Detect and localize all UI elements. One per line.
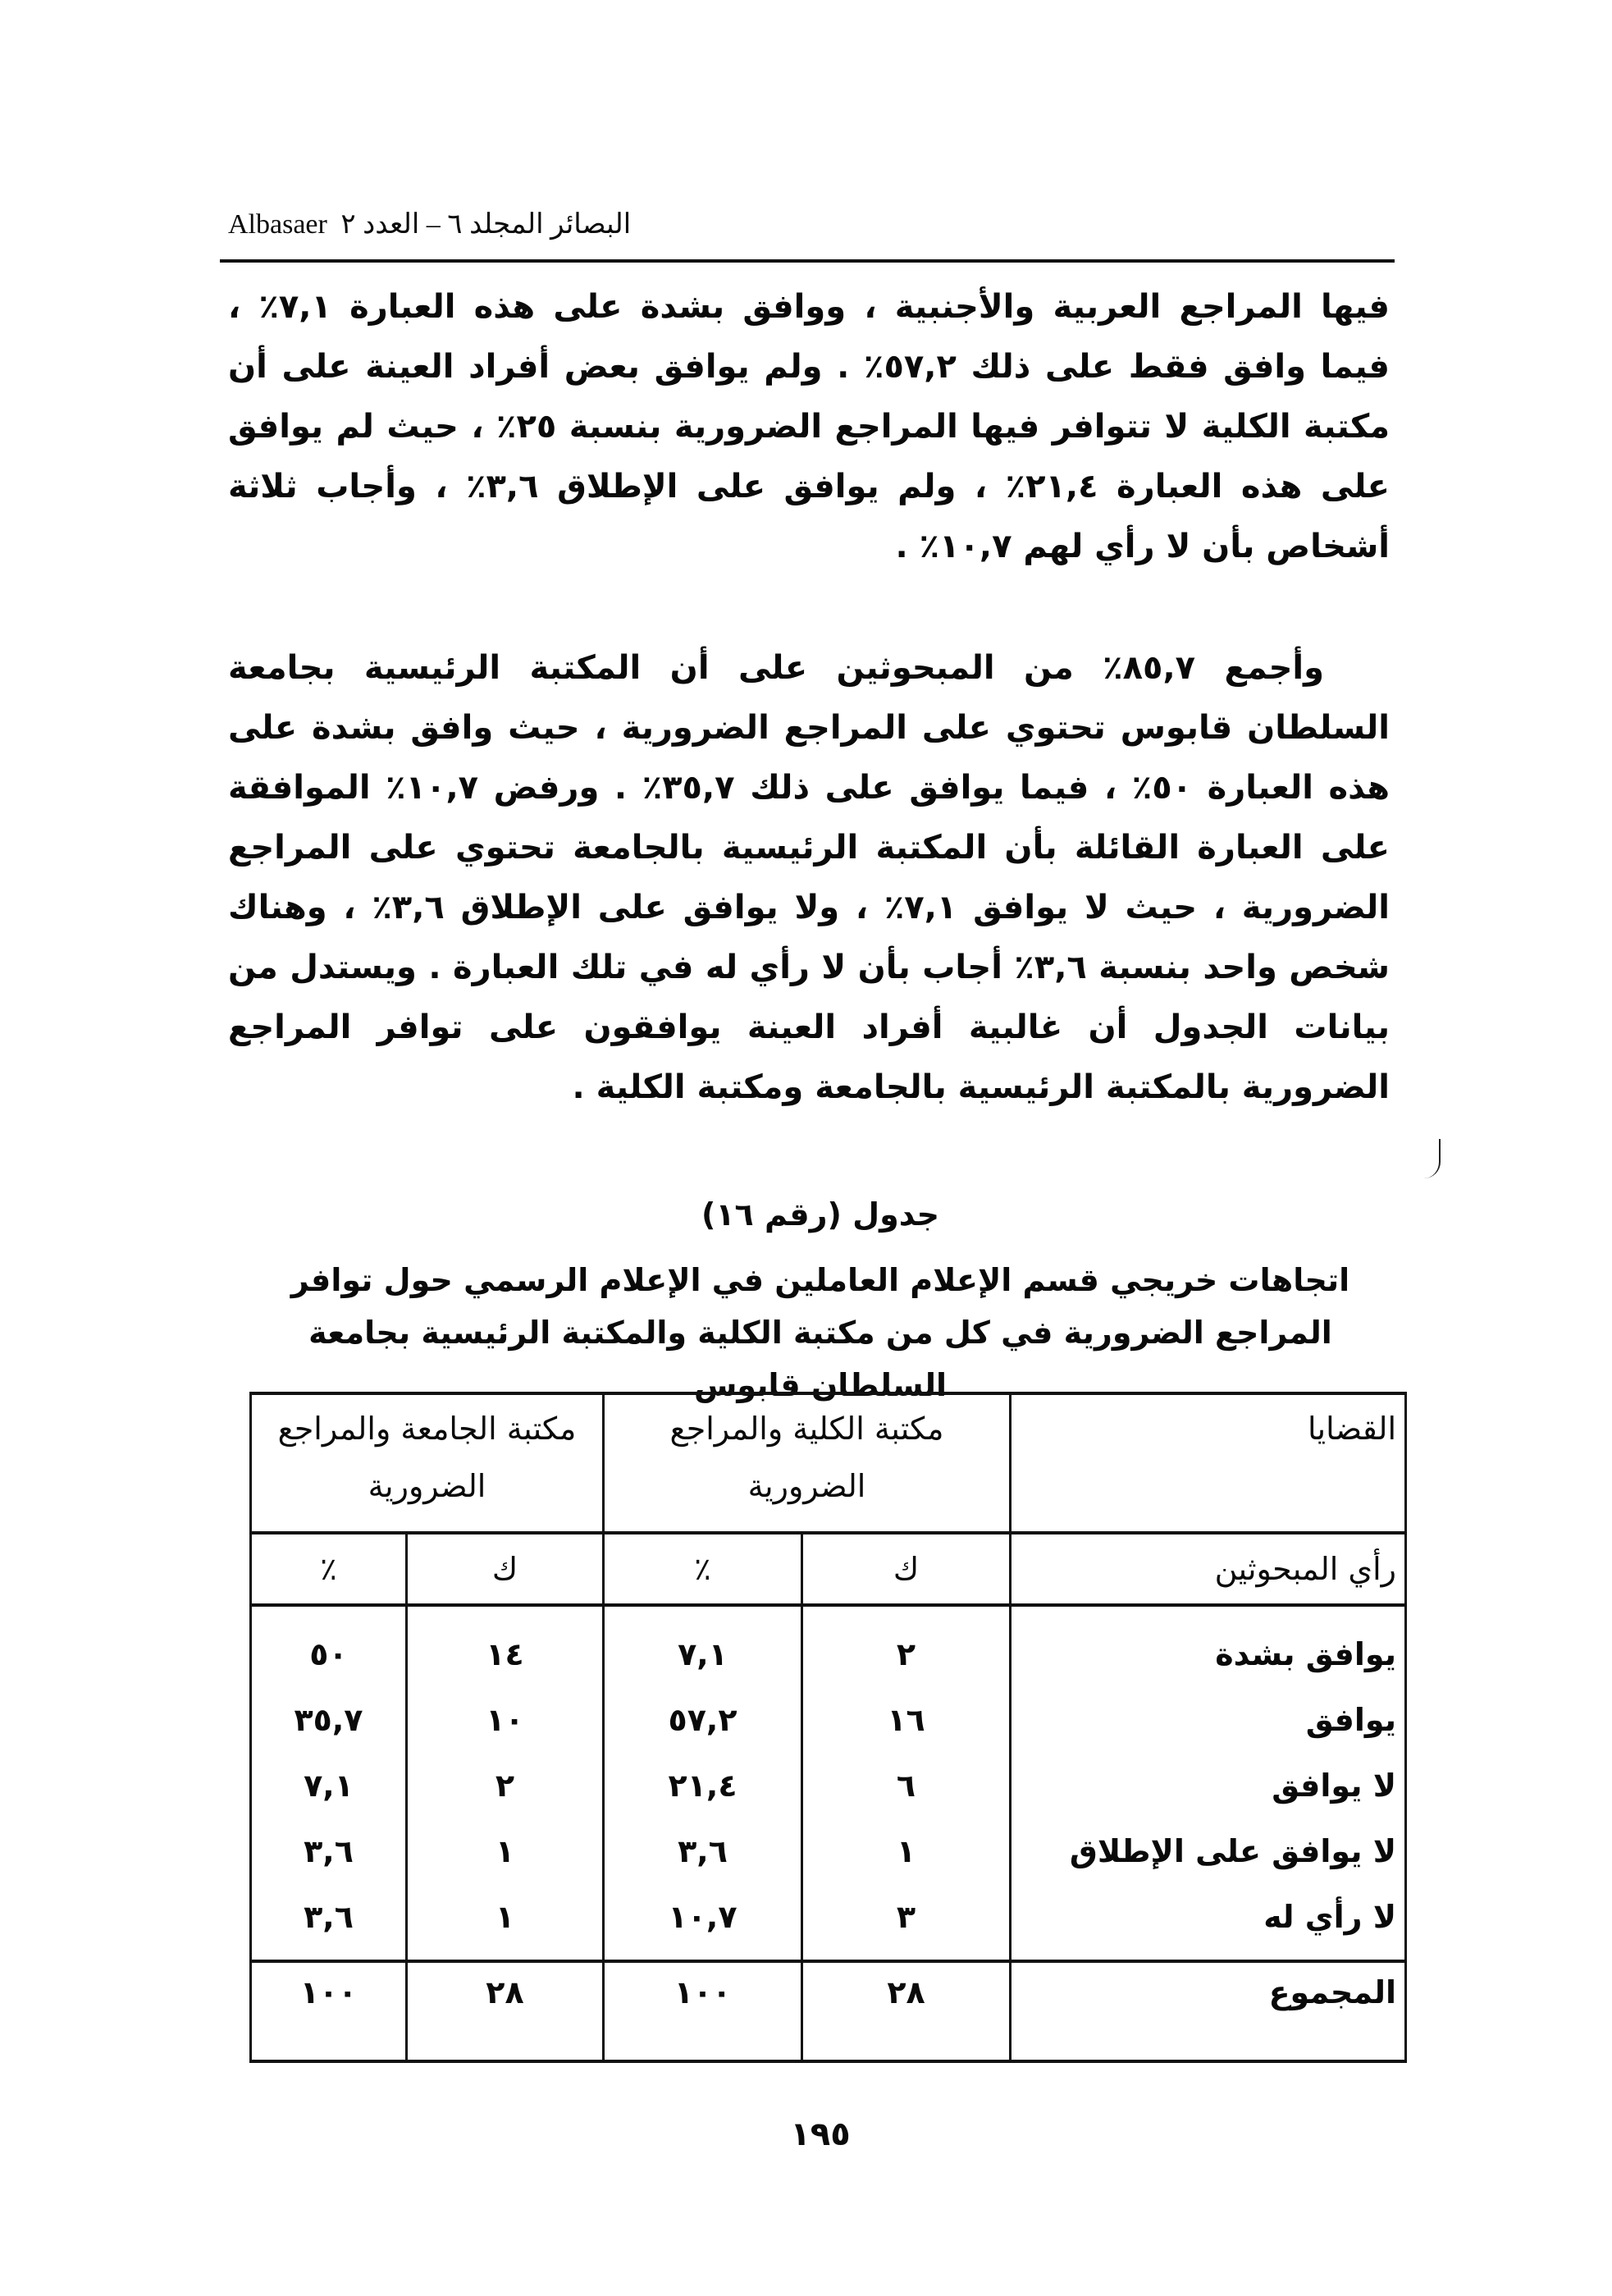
total-label: المجموع [1011, 1961, 1406, 2061]
header-university-count: ك [407, 1533, 604, 1605]
university-percent: ٣,٦ [251, 1818, 407, 1884]
header-issues: القضايا [1011, 1393, 1406, 1533]
header-group-college: مكتبة الكلية والمراجع الضرورية [604, 1393, 1011, 1533]
row-label: لا يوافق [1011, 1753, 1406, 1818]
total-university-percent: ١٠٠ [251, 1961, 407, 2061]
running-header: البصائر المجلد ٦ – العدد ٢ Albasaer [228, 208, 631, 241]
college-percent: ١٠,٧ [604, 1884, 802, 1961]
paragraph-1: فيها المراجع العربية والأجنبية ، ووافق ب… [228, 277, 1390, 577]
university-count: ١٠ [407, 1687, 604, 1753]
college-count: ١٦ [802, 1687, 1011, 1753]
total-college-count: ٢٨ [802, 1961, 1011, 2061]
header-university-percent: ٪ [251, 1533, 407, 1605]
university-count: ١ [407, 1884, 604, 1961]
table-header-row-groups: القضايا مكتبة الكلية والمراجع الضرورية م… [251, 1393, 1406, 1533]
row-label: يوافق بشدة [1011, 1605, 1406, 1687]
paragraph-2: وأجمع ٨٥,٧٪ من المبحوثين على أن المكتبة … [228, 638, 1390, 1118]
total-college-percent: ١٠٠ [604, 1961, 802, 2061]
row-label: لا رأي له [1011, 1884, 1406, 1961]
college-count: ١ [802, 1818, 1011, 1884]
college-percent: ٥٧,٢ [604, 1687, 802, 1753]
row-label: لا يوافق على الإطلاق [1011, 1818, 1406, 1884]
table-row: لا يوافق ٦ ٢١,٤ ٢ ٧,١ [251, 1753, 1406, 1818]
college-percent: ٢١,٤ [604, 1753, 802, 1818]
university-percent: ٣٥,٧ [251, 1687, 407, 1753]
table-row: لا يوافق على الإطلاق ١ ٣,٦ ١ ٣,٦ [251, 1818, 1406, 1884]
table-row: يوافق بشدة ٢ ٧,١ ١٤ ٥٠ [251, 1605, 1406, 1687]
college-count: ٣ [802, 1884, 1011, 1961]
college-percent: ٧,١ [604, 1605, 802, 1687]
university-count: ١ [407, 1818, 604, 1884]
row-label: يوافق [1011, 1687, 1406, 1753]
university-percent: ٥٠ [251, 1605, 407, 1687]
table-title: اتجاهات خريجي قسم الإعلام العاملين في ال… [246, 1254, 1395, 1411]
university-percent: ٣,٦ [251, 1884, 407, 1961]
total-university-count: ٢٨ [407, 1961, 604, 2061]
college-count: ٢ [802, 1605, 1011, 1687]
table-number-caption: جدول (رقم ١٦) [246, 1190, 1395, 1239]
college-count: ٦ [802, 1753, 1011, 1818]
data-table: القضايا مكتبة الكلية والمراجع الضرورية م… [249, 1392, 1407, 2063]
page-number: ١٩٥ [738, 2115, 902, 2153]
header-college-percent: ٪ [604, 1533, 802, 1605]
table-row: يوافق ١٦ ٥٧,٢ ١٠ ٣٥,٧ [251, 1687, 1406, 1753]
table-row: لا رأي له ٣ ١٠,٧ ١ ٣,٦ [251, 1884, 1406, 1961]
journal-title-latin: Albasaer [228, 209, 327, 240]
table-total-row: المجموع ٢٨ ١٠٠ ٢٨ ١٠٠ [251, 1961, 1406, 2061]
university-count: ١٤ [407, 1605, 604, 1687]
header-group-university: مكتبة الجامعة والمراجع الضرورية [251, 1393, 604, 1533]
header-rule [220, 259, 1395, 263]
university-count: ٢ [407, 1753, 604, 1818]
header-respondents-opinion: رأي المبحوثين [1011, 1533, 1406, 1605]
college-percent: ٣,٦ [604, 1818, 802, 1884]
table-header-row-subcolumns: رأي المبحوثين ك ٪ ك ٪ [251, 1533, 1406, 1605]
header-college-count: ك [802, 1533, 1011, 1605]
journal-title-arabic: البصائر المجلد ٦ – العدد ٢ [340, 209, 631, 240]
scan-artifact [1424, 1139, 1441, 1178]
university-percent: ٧,١ [251, 1753, 407, 1818]
